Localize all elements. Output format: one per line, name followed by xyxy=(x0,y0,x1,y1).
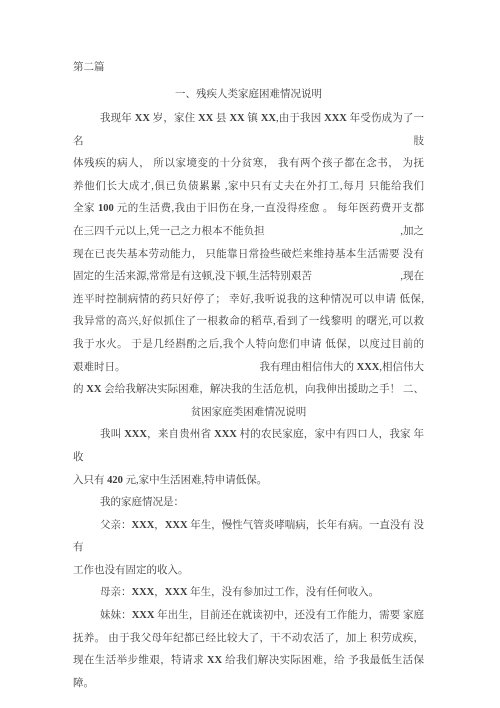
text-line: 的 XX 会给我解决实际困难，解决我的生活危机，向我伸出援助之手！ 二、 xyxy=(73,379,424,402)
line-left-segment: 固定的生活来源,常常是有这顿,没下顿,生活特别艰苦 xyxy=(73,266,312,289)
text-line: 我叫 XXX，来自贵州省 XXX 村的农民家庭，家中有四口人，我家 年收 xyxy=(73,424,424,469)
text-line: 我于水火。 于是几经斟酌之后,我个人特向您们申请 低保，以度过目前的 xyxy=(73,334,424,357)
text-line: 现在已丧失基本劳动能力， 只能靠日常捡些破烂来维持基本生活需要 没有 xyxy=(73,244,424,267)
text-line: 抚养。 由于我父母年纪都已经比较大了，干不动农活了，加上 积劳成疾， xyxy=(73,628,424,651)
text-line: 母亲：XXX，XXX 年生，没有参加过工作，没有任何收入。 xyxy=(73,582,424,605)
text-line: 我的家庭情况是： xyxy=(73,492,424,515)
text-line: 我现年 XX 岁，家住 XX 县 XX 镇 XX,由于我因 XXX 年受伤成为了… xyxy=(73,108,424,153)
text-line: 艰难时日。我有理由相信伟大的 XXX,相信伟大 xyxy=(73,357,424,380)
text-line: 父亲：XXX，XXX 年生，慢性气管炎哮喘病，长年有病。一直没有 没有 xyxy=(73,515,424,560)
text-line: 障。 xyxy=(73,673,424,696)
line-left-segment: 在三四千元以上,凭一己之力根本不能负担 xyxy=(73,221,265,244)
text-line: 现在生活举步维艰，特请求 XX 给我们解决实际困难，给 予我最低生活保 xyxy=(73,650,424,673)
text-line: 全家 100 元的生活费,我由于旧伤在身,一直没得痊愈 。 每年医药费开支都 xyxy=(73,198,424,221)
text-line: 养他们长大成才,俱已负债累累 ,家中只有丈夫在外打工,每月 只能给我们 xyxy=(73,176,424,199)
section-2-title: 贫困家庭类困难情况说明 xyxy=(73,402,424,425)
line-right-segment: 我有理由相信伟大的 XXX,相信伟大 xyxy=(260,357,425,380)
line-right-segment: ,加之 xyxy=(400,221,424,244)
line-left-segment: 艰难时日。 xyxy=(73,357,126,380)
part-heading: 第二篇 xyxy=(73,54,424,81)
text-line: 工作也没有固定的收入。 xyxy=(73,560,424,583)
text-line: 入只有 420 元,家中生活困难,特申请低保。 xyxy=(73,470,424,493)
text-line: 固定的生活来源,常常是有这顿,没下顿,生活特别艰苦,现在 xyxy=(73,266,424,289)
text-line: 妹妹：XXX 年出生，目前还在就读初中，还没有工作能力，需要 家庭 xyxy=(73,605,424,628)
document-page: 第二篇一、残疾人类家庭困难情况说明我现年 XX 岁，家住 XX 县 XX 镇 X… xyxy=(0,0,500,708)
text-line: 我异常的高兴,好似抓住了一根救命的稻草,看到了一线黎明 的曙光,可以救 xyxy=(73,311,424,334)
text-line: 体残疾的病人， 所以家境变的十分贫寒， 我有两个孩子都在念书， 为抚 xyxy=(73,153,424,176)
line-right-segment: ,现在 xyxy=(400,266,424,289)
text-line: 在三四千元以上,凭一己之力根本不能负担,加之 xyxy=(73,221,424,244)
section-1-title: 一、残疾人类家庭困难情况说明 xyxy=(73,81,424,108)
text-line: 连平时控制病情的药只好停了； 幸好,我听说我的这种情况可以申请 低保, xyxy=(73,289,424,312)
